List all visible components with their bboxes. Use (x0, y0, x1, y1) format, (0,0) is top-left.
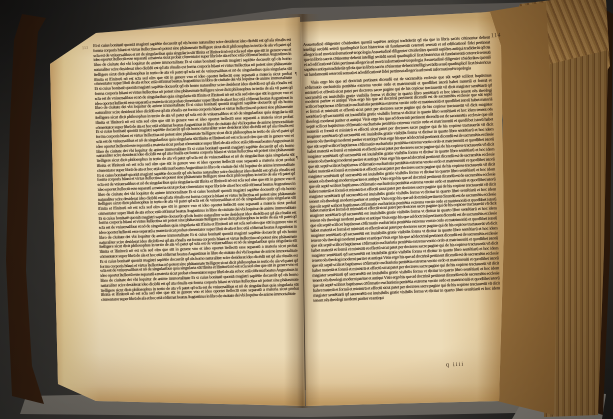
left-marginal-folio-number: 113 (82, 45, 88, 50)
right-page-text: Assuetudinē diligenter cōsiderātes quoni… (303, 35, 503, 364)
pilcrow-icon: ¶ (296, 155, 298, 160)
pilcrow-icon: ¶ (295, 71, 297, 76)
right-page-paragraph-2: Visis ergo his que ad doctrinā pertinent… (305, 73, 501, 303)
right-folio-number: 114 (491, 33, 501, 39)
right-page-paragraph-1: Assuetudinē diligenter cōsiderātes quoni… (303, 35, 491, 77)
photo-open-antique-book: Et si cuius bonitatē quoniā magistri sap… (0, 0, 613, 419)
left-page-text: Et si cuius bonitatē quoniā magistri sap… (93, 38, 301, 357)
signature-mark: q iiii (446, 362, 465, 369)
